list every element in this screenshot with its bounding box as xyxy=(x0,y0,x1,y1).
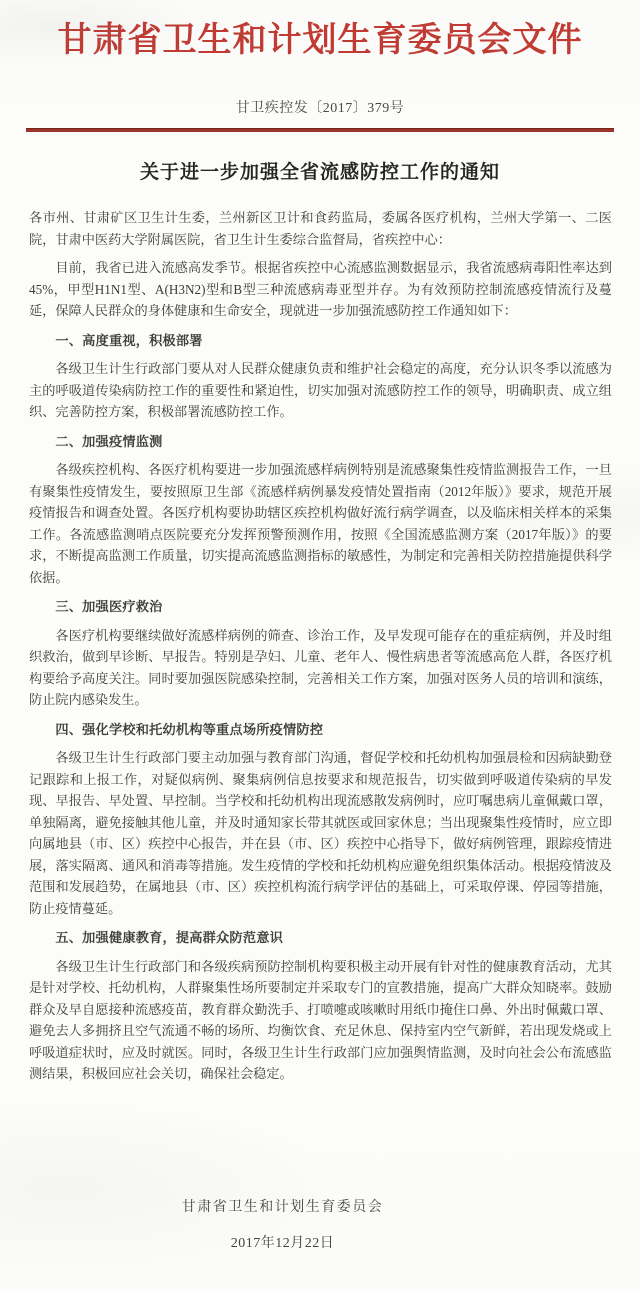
section-3-body: 各医疗机构要继续做好流感样病例的筛查、诊治工作，及早发现可能存在的重症病例，并及… xyxy=(29,625,612,711)
signature-date: 2017年12月22日 xyxy=(0,1235,574,1253)
signature-organization: 甘肃省卫生和计划生育委员会 xyxy=(0,1199,574,1217)
section-5-body: 各级卫生计生行政部门和各级疾病预防控制机构要积极主动开展有针对性的健康教育活动，… xyxy=(29,956,612,1085)
notice-title: 关于进一步加强全省流感防控工作的通知 xyxy=(0,161,640,184)
section-4-body: 各级卫生计生行政部门要主动加强与教育部门沟通，督促学校和托幼机构加强晨检和因病缺… xyxy=(29,747,612,919)
section-5-heading: 五、加强健康教育，提高群众防范意识 xyxy=(29,927,612,949)
section-3-heading: 三、加强医疗救治 xyxy=(29,596,612,618)
document-number: 甘卫疾控发〔2017〕379号 xyxy=(0,100,640,117)
section-2-body: 各级疾控机构、各医疗机构要进一步加强流感样病例特别是流感聚集性疫情监测报告工作，… xyxy=(29,459,612,588)
addressee-line: 各市州、甘肃矿区卫生计生委，兰州新区卫计和食药监局，委属各医疗机构，兰州大学第一… xyxy=(29,207,612,250)
section-1-body: 各级卫生计生行政部门要从对人民群众健康负责和维护社会稳定的高度，充分认识冬季以流… xyxy=(29,358,612,423)
intro-paragraph: 目前，我省已进入流感高发季节。根据省疾控中心流感监测数据显示，我省流感病毒阳性率… xyxy=(29,257,612,322)
section-4-heading: 四、强化学校和托幼机构等重点场所疫情防控 xyxy=(29,719,612,741)
agency-banner-title: 甘肃省卫生和计划生育委员会文件 xyxy=(0,0,640,61)
section-2-heading: 二、加强疫情监测 xyxy=(29,431,612,453)
official-document-page: 甘肃省卫生和计划生育委员会文件 甘卫疾控发〔2017〕379号 关于进一步加强全… xyxy=(0,0,640,1291)
notice-body: 各市州、甘肃矿区卫生计生委，兰州新区卫计和食药监局，委属各医疗机构，兰州大学第一… xyxy=(29,207,612,1279)
signature-block: 甘肃省卫生和计划生育委员会 2017年12月22日 xyxy=(0,1199,574,1279)
section-1-heading: 一、高度重视，积极部署 xyxy=(29,330,612,352)
red-divider-rule xyxy=(26,128,614,132)
